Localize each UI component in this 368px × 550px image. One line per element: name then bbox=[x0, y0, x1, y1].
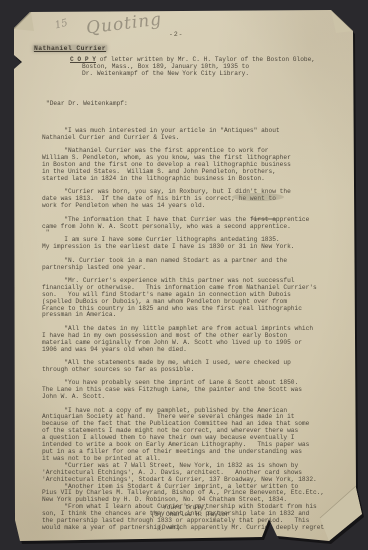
letter-body: "Dear Dr. Weitenkampf: "I was much inter… bbox=[42, 87, 362, 532]
closing-line: Yours truly, bbox=[163, 504, 368, 511]
over-note: (Over) bbox=[158, 524, 368, 531]
document-heading: Nathaniel Currier bbox=[33, 45, 107, 52]
paragraph: "The information that I have that Currie… bbox=[42, 217, 362, 252]
paragraph: "Mr. Currier's experience with this part… bbox=[42, 278, 362, 319]
paragraph: "All the statements made by me, which I … bbox=[42, 360, 362, 374]
scanned-letter-page: 15 Quoting -2- Nathaniel Currier C O P Y… bbox=[0, 0, 368, 550]
copy-header: C O P Y of letter written by Mr. C. H. T… bbox=[70, 56, 315, 77]
fold-top-right bbox=[331, 10, 353, 33]
closing-block: Yours truly, (S) Charles H. Taylor (Over… bbox=[0, 504, 368, 531]
fold-top-left-crease bbox=[14, 12, 31, 29]
copy-address: Boston, Mass., Box 189, January 10th, 19… bbox=[70, 63, 315, 77]
copy-header-line1: C O P Y of letter written by Mr. C. H. T… bbox=[70, 56, 315, 63]
fold-top-right-crease bbox=[331, 10, 353, 31]
paragraph: "Another item is Stodart & Currier impri… bbox=[42, 484, 362, 505]
page-number: -2- bbox=[169, 31, 184, 38]
fold-top-left bbox=[14, 12, 34, 31]
letter-paper: 15 Quoting -2- Nathaniel Currier C O P Y… bbox=[0, 0, 368, 550]
paragraph: "I was much interested in your article i… bbox=[42, 128, 362, 142]
paragraph: "N. Currier took in a man named Stodart … bbox=[42, 258, 362, 272]
paragraph: "I have not a copy of my pamphlet, publi… bbox=[42, 408, 362, 463]
paragraph: "All the dates in my little pamphlet are… bbox=[42, 326, 362, 354]
paragraph: "You have probably seen the imprint of L… bbox=[42, 380, 362, 401]
handwritten-annotation: Quoting bbox=[85, 9, 163, 38]
paragraph: "Nathaniel Currier was the first apprent… bbox=[42, 148, 362, 183]
copy-intro-text: of letter written by Mr. C. H. Taylor of… bbox=[96, 56, 315, 63]
paragraph: "Currier was at 7 Wall Street, New York,… bbox=[42, 463, 362, 484]
pencil-page-mark: 15 bbox=[54, 18, 69, 32]
salutation: "Dear Dr. Weitenkampf: bbox=[46, 101, 362, 108]
signature-line: (S) Charles H. Taylor bbox=[151, 511, 368, 518]
copy-label: C O P Y bbox=[70, 56, 96, 63]
paragraph: "Currier was born, you say, in Roxbury, … bbox=[42, 189, 362, 210]
